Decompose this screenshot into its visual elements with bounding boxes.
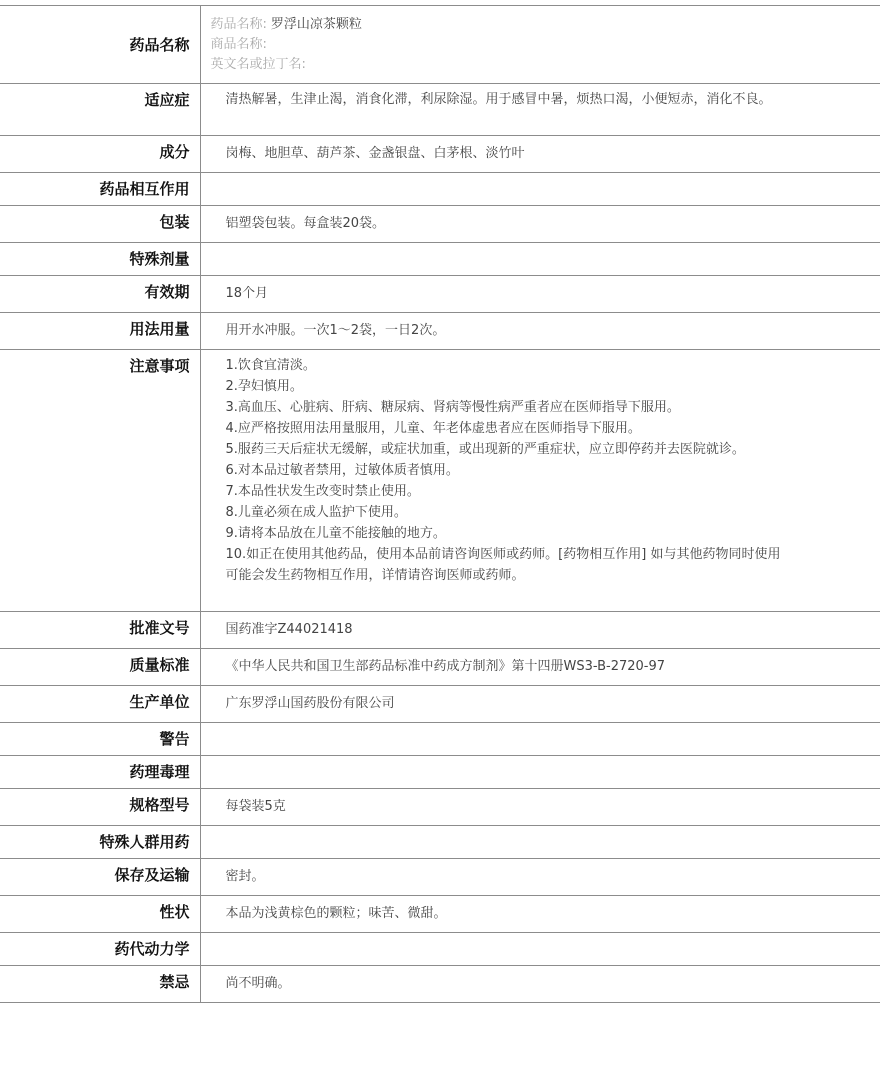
row-specification: 规格型号 每袋装5克 [0, 789, 880, 826]
label-approval-number: 批准文号 [0, 612, 200, 649]
row-special-dosage: 特殊剂量 [0, 243, 880, 276]
value-pharmacology-toxicology [200, 756, 880, 789]
row-special-populations: 特殊人群用药 [0, 826, 880, 859]
row-pharmacokinetics: 药代动力学 [0, 933, 880, 966]
precaution-item: 2.孕妇慎用。 [226, 376, 791, 397]
generic-name-label: 药品名称: [211, 17, 267, 32]
label-specification: 规格型号 [0, 789, 200, 826]
row-precautions: 注意事项 1.饮食宜清淡。 2.孕妇慎用。 3.高血压、心脏病、肝病、糖尿病、肾… [0, 350, 880, 612]
label-contraindications: 禁忌 [0, 966, 200, 1003]
row-packaging: 包装 铝塑袋包装。每盒装20袋。 [0, 206, 880, 243]
label-description: 性状 [0, 896, 200, 933]
row-warning: 警告 [0, 723, 880, 756]
label-manufacturer: 生产单位 [0, 686, 200, 723]
label-interactions: 药品相互作用 [0, 173, 200, 206]
value-approval-number: 国药准字Z44021418 [200, 612, 880, 649]
precaution-item: 10.如正在使用其他药品，使用本品前请咨询医师或药师。[药物相互作用] 如与其他… [226, 544, 791, 586]
row-indications: 适应症 清热解暑，生津止渴，消食化滞，利尿除湿。用于感冒中暑，烦热口渴，小便短赤… [0, 84, 880, 136]
precaution-item: 3.高血压、心脏病、肝病、糖尿病、肾病等慢性病严重者应在医师指导下服用。 [226, 397, 791, 418]
precaution-item: 6.对本品过敏者禁用，过敏体质者慎用。 [226, 460, 791, 481]
label-pharmacology-toxicology: 药理毒理 [0, 756, 200, 789]
value-ingredients: 岗梅、地胆草、葫芦茶、金盏银盘、白茅根、淡竹叶 [200, 136, 880, 173]
trade-name-label: 商品名称: [211, 37, 267, 52]
row-drug-name: 药品名称 药品名称:罗浮山凉茶颗粒 商品名称: 英文名或拉丁名: [0, 6, 880, 84]
label-shelf-life: 有效期 [0, 276, 200, 313]
label-dosage: 用法用量 [0, 313, 200, 350]
row-pharmacology-toxicology: 药理毒理 [0, 756, 880, 789]
row-contraindications: 禁忌 尚不明确。 [0, 966, 880, 1003]
row-description: 性状 本品为浅黄棕色的颗粒；味苦、微甜。 [0, 896, 880, 933]
value-specification: 每袋装5克 [200, 789, 880, 826]
value-drug-name: 药品名称:罗浮山凉茶颗粒 商品名称: 英文名或拉丁名: [200, 6, 880, 84]
row-ingredients: 成分 岗梅、地胆草、葫芦茶、金盏银盘、白茅根、淡竹叶 [0, 136, 880, 173]
value-interactions [200, 173, 880, 206]
label-quality-standard: 质量标准 [0, 649, 200, 686]
label-special-populations: 特殊人群用药 [0, 826, 200, 859]
label-drug-name: 药品名称 [0, 6, 200, 84]
value-special-populations [200, 826, 880, 859]
row-shelf-life: 有效期 18个月 [0, 276, 880, 313]
label-ingredients: 成分 [0, 136, 200, 173]
row-quality-standard: 质量标准 《中华人民共和国卫生部药品标准中药成方制剂》第十四册WS3-B-272… [0, 649, 880, 686]
precaution-item: 4.应严格按照用法用量服用，儿童、年老体虚患者应在医师指导下服用。 [226, 418, 791, 439]
english-name-label: 英文名或拉丁名: [211, 57, 306, 72]
row-dosage: 用法用量 用开水冲服。一次1～2袋，一日2次。 [0, 313, 880, 350]
value-storage: 密封。 [200, 859, 880, 896]
value-indications: 清热解暑，生津止渴，消食化滞，利尿除湿。用于感冒中暑，烦热口渴，小便短赤，消化不… [200, 84, 880, 136]
label-packaging: 包装 [0, 206, 200, 243]
label-pharmacokinetics: 药代动力学 [0, 933, 200, 966]
drug-spec-table: 药品名称 药品名称:罗浮山凉茶颗粒 商品名称: 英文名或拉丁名: 适应症 清热解… [0, 5, 880, 1003]
row-storage: 保存及运输 密封。 [0, 859, 880, 896]
precaution-item: 8.儿童必须在成人监护下使用。 [226, 502, 791, 523]
label-indications: 适应症 [0, 84, 200, 136]
precaution-item: 7.本品性状发生改变时禁止使用。 [226, 481, 791, 502]
label-special-dosage: 特殊剂量 [0, 243, 200, 276]
value-special-dosage [200, 243, 880, 276]
label-warning: 警告 [0, 723, 200, 756]
precaution-item: 5.服药三天后症状无缓解，或症状加重，或出现新的严重症状，应立即停药并去医院就诊… [226, 439, 791, 460]
value-manufacturer: 广东罗浮山国药股份有限公司 [200, 686, 880, 723]
english-name-line: 英文名或拉丁名: [211, 55, 871, 75]
row-interactions: 药品相互作用 [0, 173, 880, 206]
value-pharmacokinetics [200, 933, 880, 966]
label-precautions: 注意事项 [0, 350, 200, 612]
trade-name-line: 商品名称: [211, 35, 871, 55]
value-description: 本品为浅黄棕色的颗粒；味苦、微甜。 [200, 896, 880, 933]
precaution-item: 9.请将本品放在儿童不能接触的地方。 [226, 523, 791, 544]
row-manufacturer: 生产单位 广东罗浮山国药股份有限公司 [0, 686, 880, 723]
value-shelf-life: 18个月 [200, 276, 880, 313]
generic-name-value: 罗浮山凉茶颗粒 [271, 17, 362, 32]
value-packaging: 铝塑袋包装。每盒装20袋。 [200, 206, 880, 243]
label-storage: 保存及运输 [0, 859, 200, 896]
value-dosage: 用开水冲服。一次1～2袋，一日2次。 [200, 313, 880, 350]
value-precautions: 1.饮食宜清淡。 2.孕妇慎用。 3.高血压、心脏病、肝病、糖尿病、肾病等慢性病… [200, 350, 880, 612]
precaution-item: 1.饮食宜清淡。 [226, 355, 791, 376]
value-contraindications: 尚不明确。 [200, 966, 880, 1003]
row-approval-number: 批准文号 国药准字Z44021418 [0, 612, 880, 649]
value-warning [200, 723, 880, 756]
generic-name-line: 药品名称:罗浮山凉茶颗粒 [211, 15, 871, 35]
value-quality-standard: 《中华人民共和国卫生部药品标准中药成方制剂》第十四册WS3-B-2720-97 [200, 649, 880, 686]
